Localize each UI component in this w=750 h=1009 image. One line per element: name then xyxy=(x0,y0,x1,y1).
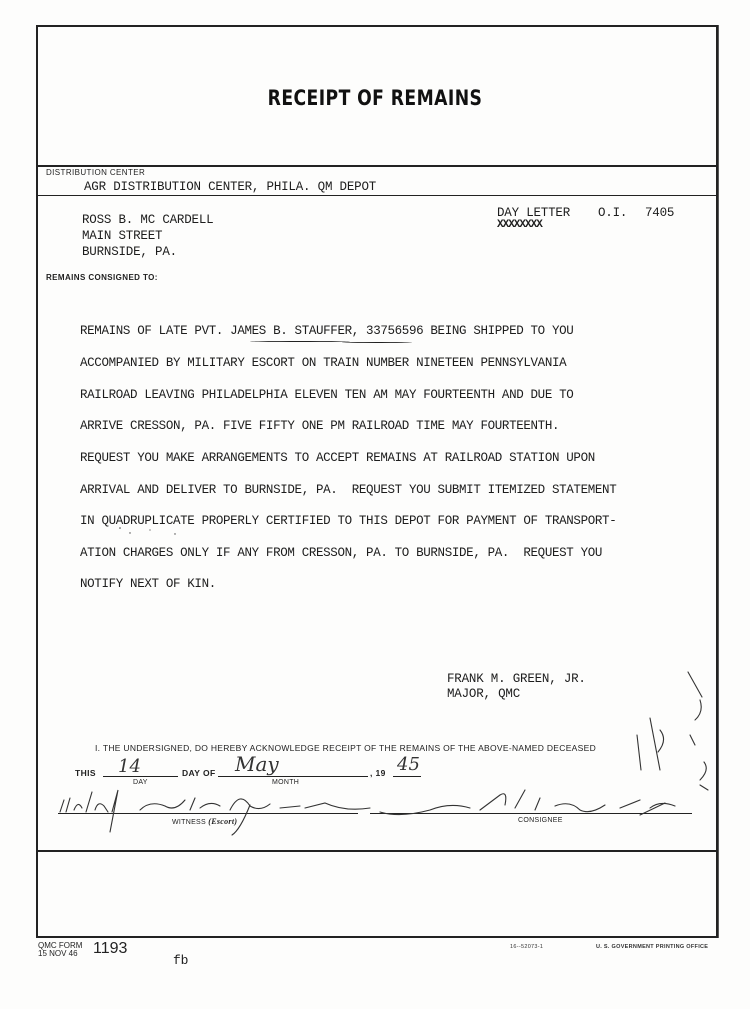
printer-name: U. S. GOVERNMENT PRINTING OFFICE xyxy=(596,944,708,950)
lower-divider xyxy=(37,850,717,852)
form-number: 1193 xyxy=(93,940,127,958)
handwritten-signatures xyxy=(0,0,750,1009)
typist-initials: fb xyxy=(173,953,188,968)
form-id: QMC FORM 15 NOV 46 xyxy=(38,942,82,958)
form-date: 15 NOV 46 xyxy=(38,950,82,958)
print-code: 16--52073-1 xyxy=(510,944,543,950)
